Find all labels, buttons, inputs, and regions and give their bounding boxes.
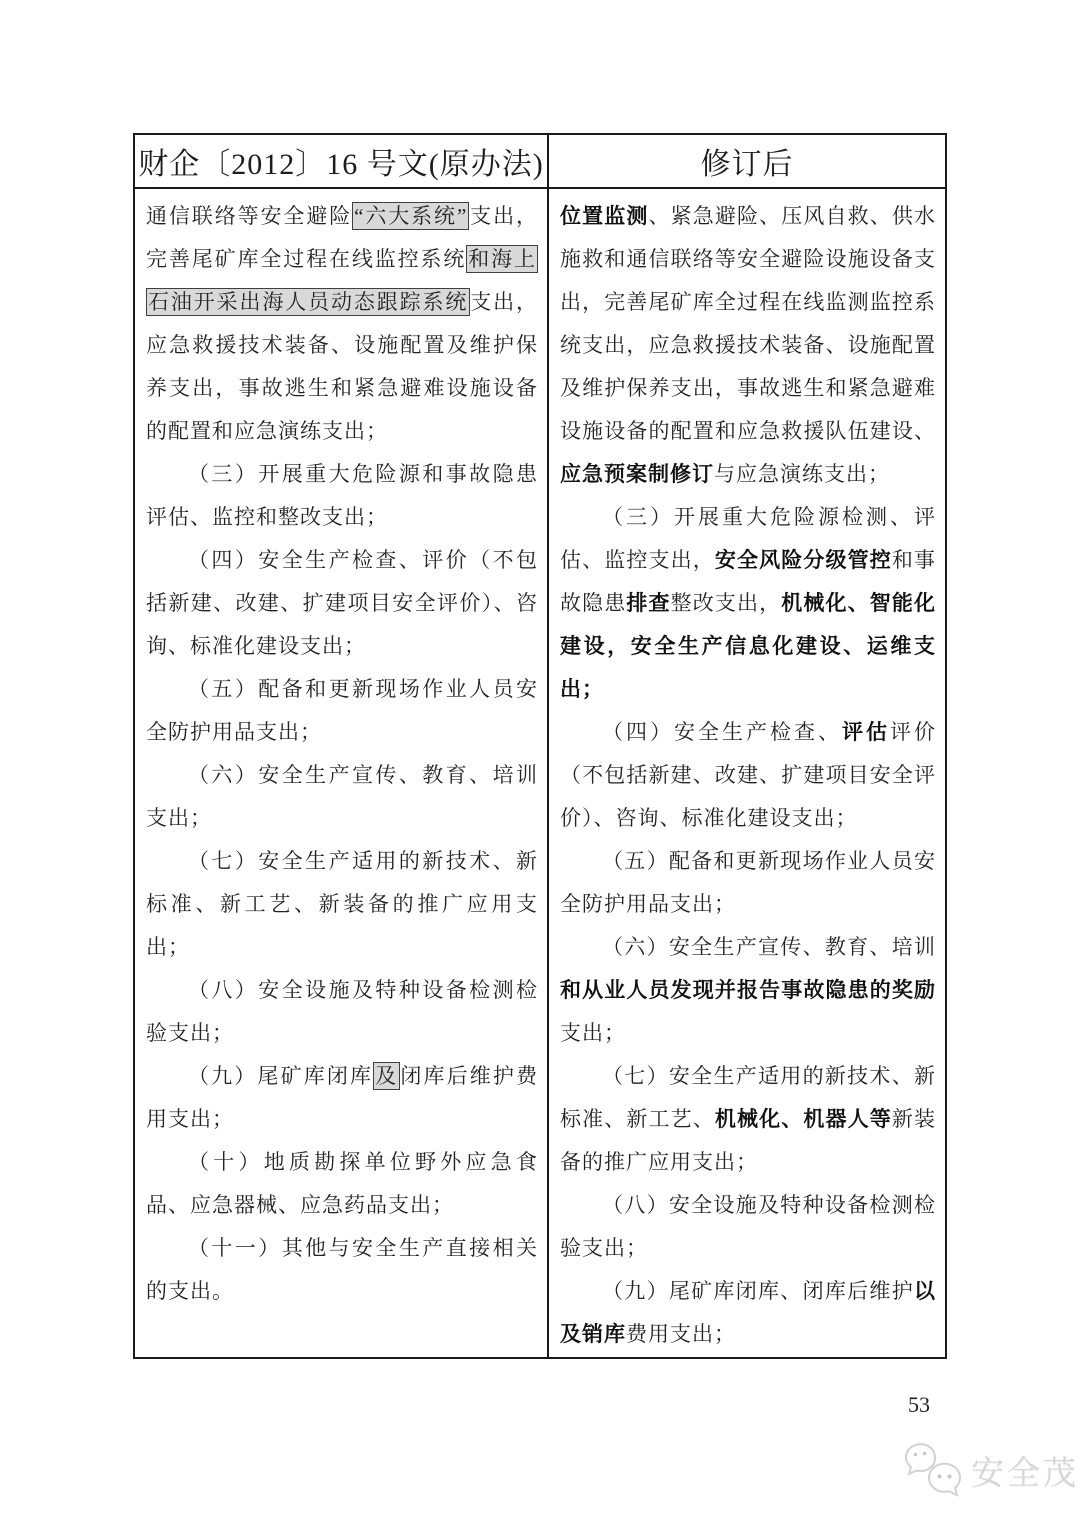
paragraph: （七）安全生产适用的新技术、新标准、新工艺、新装备的推广应用支出；: [146, 840, 538, 969]
text-segment-normal: （五）配备和更新现场作业人员安全防护用品支出；: [146, 677, 538, 744]
text-segment-normal: 费用支出；: [626, 1322, 736, 1346]
text-segment-bold: 和从业人员发现并报告事故隐患的奖励: [560, 979, 936, 1002]
text-segment-normal: （六）安全生产宣传、教育、培训: [602, 935, 936, 959]
wechat-logo-icon: [903, 1441, 965, 1499]
paragraph: （三）开展重大危险源和事故隐患评估、监控和整改支出；: [146, 453, 538, 539]
header-revised: 修订后: [547, 135, 945, 187]
paragraph: （八）安全设施及特种设备检测检验支出；: [560, 1184, 936, 1270]
paragraph: （六）安全生产宣传、教育、培训和从业人员发现并报告事故隐患的奖励支出；: [560, 926, 936, 1055]
text-segment-normal: 整改支出，: [671, 591, 782, 615]
text-segment-bold: 位置监测: [560, 205, 649, 228]
paragraph: （五）配备和更新现场作业人员安全防护用品支出；: [560, 840, 936, 926]
text-segment-normal: （五）配备和更新现场作业人员安全防护用品支出；: [560, 849, 936, 916]
text-segment-bold: 安全风险分级管控: [715, 549, 892, 572]
text-segment-bold: 评估: [842, 721, 890, 744]
text-segment-normal: （三）开展重大危险源和事故隐患评估、监控和整改支出；: [146, 462, 538, 529]
text-segment-box: 及: [373, 1062, 400, 1090]
watermark-text: 安全茂: [971, 1447, 1079, 1494]
revised-column-cell: 位置监测、紧急避险、压风自救、供水施救和通信联络等安全避险设施设备支出，完善尾矿…: [547, 189, 945, 1357]
paragraph: （十）地质勘探单位野外应急食品、应急器械、应急药品支出；: [146, 1141, 538, 1227]
text-segment-normal: 与应急演练支出；: [714, 462, 890, 486]
text-segment-normal: （七）安全生产适用的新技术、新标准、新工艺、新装备的推广应用支出；: [146, 849, 538, 959]
text-segment-normal: 支出；: [560, 1021, 626, 1045]
table-header-row: 财企〔2012〕16 号文(原办法) 修订后: [135, 135, 945, 189]
paragraph: （七）安全生产适用的新技术、新标准、新工艺、机械化、机器人等新装备的推广应用支出…: [560, 1055, 936, 1184]
page-number: 53: [908, 1392, 930, 1418]
text-segment-normal: （八）安全设施及特种设备检测检验支出；: [560, 1193, 936, 1260]
header-original-method: 财企〔2012〕16 号文(原办法): [135, 135, 547, 187]
text-segment-normal: （六）安全生产宣传、教育、培训支出；: [146, 763, 538, 830]
watermark: 安全茂: [903, 1441, 1079, 1499]
original-column-cell: 通信联络等安全避险“六大系统”支出，完善尾矿库全过程在线监控系统和海上石油开采出…: [135, 189, 547, 1357]
text-segment-normal: （十一）其他与安全生产直接相关的支出。: [146, 1236, 538, 1303]
paragraph: （十一）其他与安全生产直接相关的支出。: [146, 1227, 538, 1313]
paragraph: （九）尾矿库闭库、闭库后维护以及销库费用支出；: [560, 1270, 936, 1356]
paragraph: 通信联络等安全避险“六大系统”支出，完善尾矿库全过程在线监控系统和海上石油开采出…: [146, 195, 538, 453]
paragraph: 位置监测、紧急避险、压风自救、供水施救和通信联络等安全避险设施设备支出，完善尾矿…: [560, 195, 936, 496]
paragraph: （六）安全生产宣传、教育、培训支出；: [146, 754, 538, 840]
comparison-table: 财企〔2012〕16 号文(原办法) 修订后 通信联络等安全避险“六大系统”支出…: [133, 133, 947, 1359]
text-segment-box: “六大系统”: [352, 202, 469, 230]
paragraph: （五）配备和更新现场作业人员安全防护用品支出；: [146, 668, 538, 754]
document-page: 财企〔2012〕16 号文(原办法) 修订后 通信联络等安全避险“六大系统”支出…: [0, 0, 1080, 1527]
text-segment-bold: 排查: [626, 592, 670, 615]
text-segment-bold: 应急预案制修订: [560, 463, 714, 486]
text-segment-normal: （九）尾矿库闭库: [188, 1064, 373, 1088]
table-body-row: 通信联络等安全避险“六大系统”支出，完善尾矿库全过程在线监控系统和海上石油开采出…: [135, 189, 945, 1357]
paragraph: （四）安全生产检查、评价（不包括新建、改建、扩建项目安全评价）、咨询、标准化建设…: [146, 539, 538, 668]
text-segment-normal: （十）地质勘探单位野外应急食品、应急器械、应急药品支出；: [146, 1150, 538, 1217]
paragraph: （八）安全设施及特种设备检测检验支出；: [146, 969, 538, 1055]
paragraph: （四）安全生产检查、评估评价（不包括新建、改建、扩建项目安全评价）、咨询、标准化…: [560, 711, 936, 840]
text-segment-normal: （四）安全生产检查、评价（不包括新建、改建、扩建项目安全评价）、咨询、标准化建设…: [146, 548, 538, 658]
text-segment-normal: （八）安全设施及特种设备检测检验支出；: [146, 978, 538, 1045]
text-segment-normal: 、紧急避险、压风自救、供水施救和通信联络等安全避险设施设备支出，完善尾矿库全过程…: [560, 204, 936, 443]
paragraph: （九）尾矿库闭库及闭库后维护费用支出；: [146, 1055, 538, 1141]
text-segment-bold: 机械化、机器人等: [715, 1108, 892, 1131]
text-segment-normal: （四）安全生产检查、: [602, 720, 842, 744]
text-segment-normal: 通信联络等安全避险: [146, 204, 352, 228]
paragraph: （十）地质勘探单位野外应急食品、: [560, 1356, 936, 1357]
text-segment-normal: （九）尾矿库闭库、闭库后维护: [602, 1279, 914, 1303]
paragraph: （三）开展重大危险源检测、评估、监控支出，安全风险分级管控和事故隐患排查整改支出…: [560, 496, 936, 711]
